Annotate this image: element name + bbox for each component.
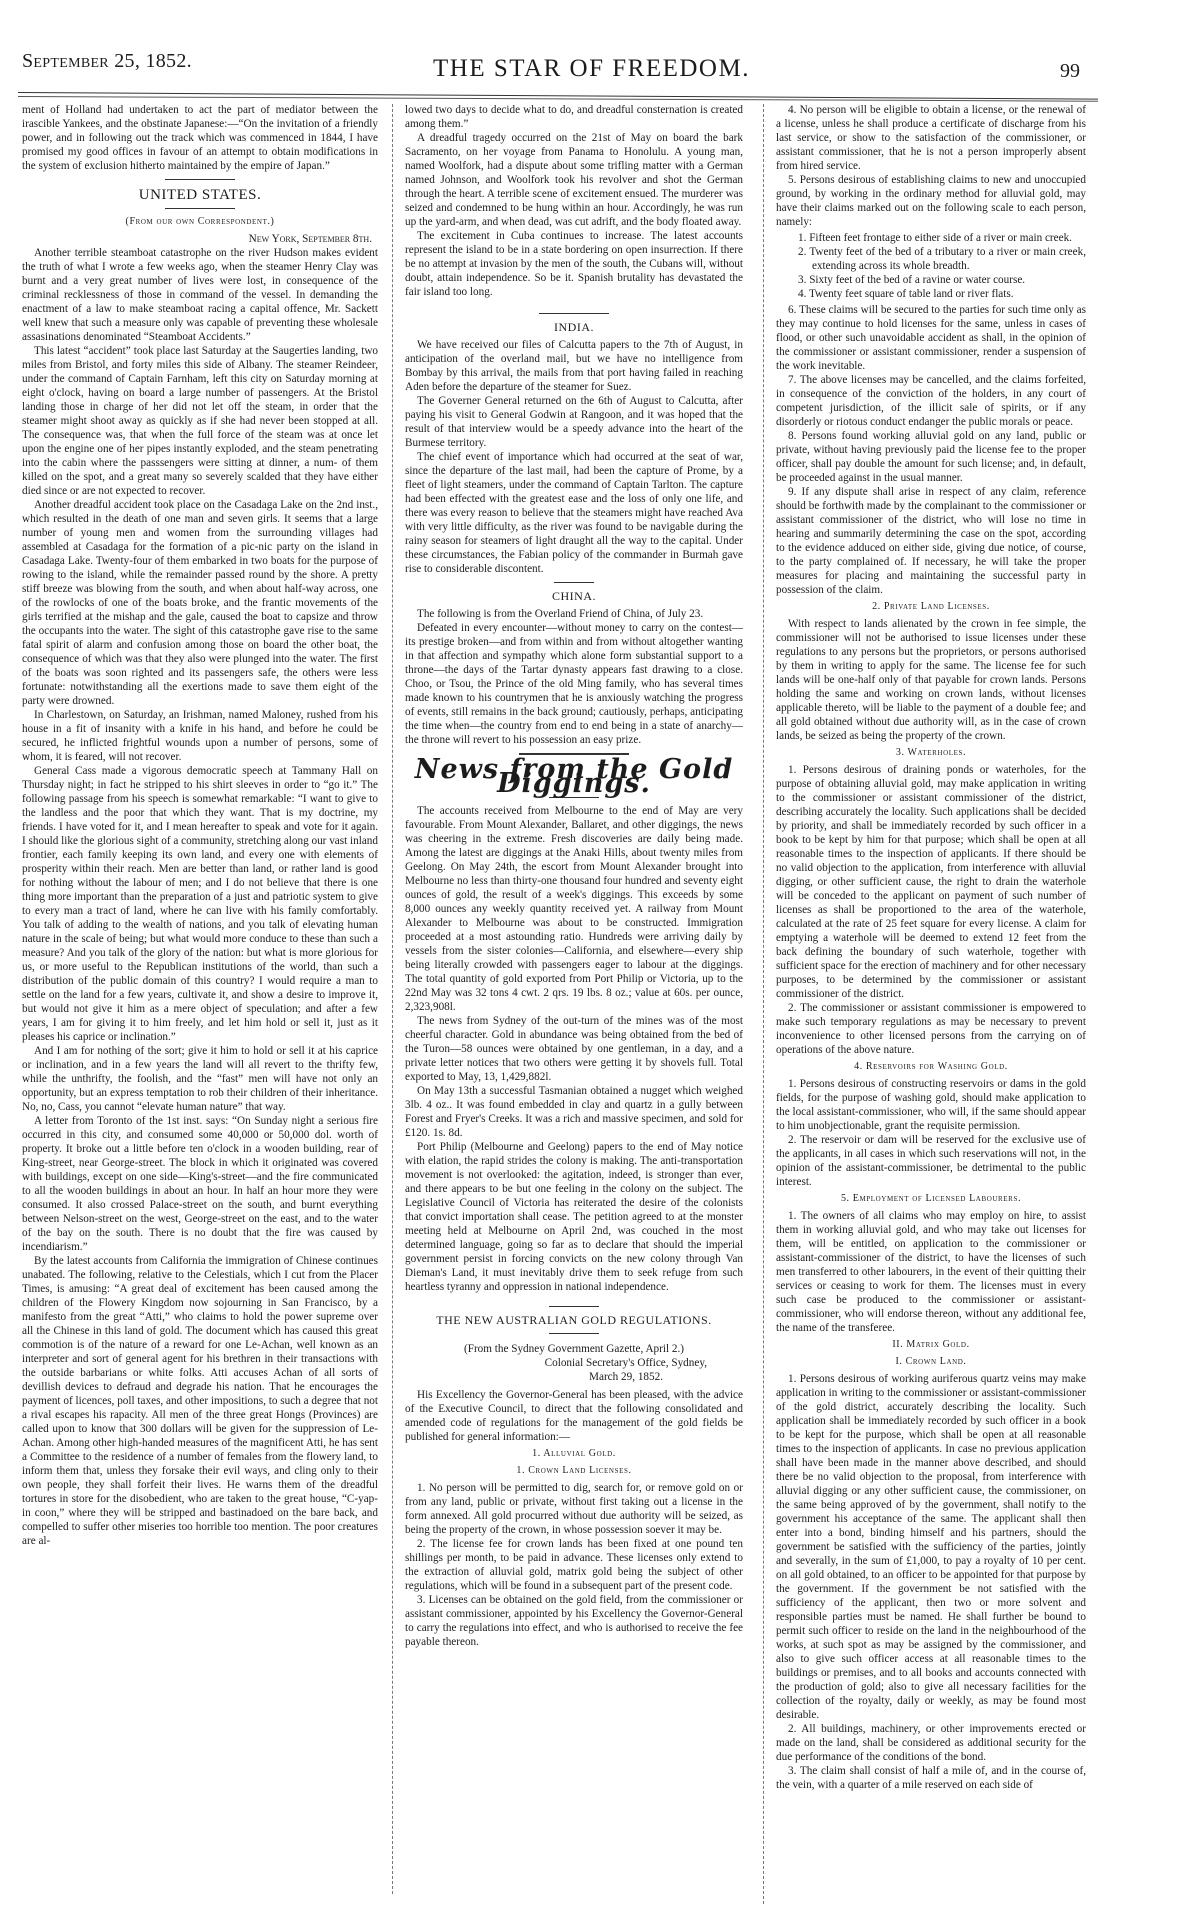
subsection-heading: 3. Waterholes. (776, 746, 1086, 760)
paragraph: lowed two days to decide what to do, and… (405, 103, 743, 131)
section-heading-gold-diggings: News from the Gold Diggings. (405, 763, 743, 791)
regulation-item: 9. If any dispute shall arise in respect… (776, 485, 1086, 597)
subsection-heading: II. Matrix Gold. (776, 1338, 1086, 1352)
paragraph: Defeated in every encounter—without mone… (405, 621, 743, 747)
paragraph: The following is from the Overland Frien… (405, 607, 743, 621)
regulations-source: (From the Sydney Government Gazette, Apr… (405, 1342, 743, 1356)
regulation-item: 2. The commissioner or assistant commiss… (776, 1001, 1086, 1057)
section-heading-gold-regulations: THE NEW AUSTRALIAN GOLD REGULATIONS. (405, 1313, 743, 1327)
regulation-item: 2. The license fee for crown lands has b… (405, 1537, 743, 1593)
column-2: lowed two days to decide what to do, and… (405, 103, 743, 1649)
paragraph: The Governer General returned on the 6th… (405, 394, 743, 450)
regulation-item: 1. Persons desirous of constructing rese… (776, 1077, 1086, 1133)
subsection-heading: 1. Alluvial Gold. (405, 1447, 743, 1461)
paragraph: This latest “accident” took place last S… (22, 344, 378, 498)
regulation-item: 3. The claim shall consist of half a mil… (776, 1764, 1086, 1792)
paragraph: In Charlestown, on Saturday, an Irishman… (22, 708, 378, 764)
regulation-item: With respect to lands alienated by the c… (776, 617, 1086, 743)
list-item: 2. Twenty feet of the bed of a tributary… (798, 245, 1086, 273)
column-3: 4. No person will be eligible to obtain … (776, 103, 1086, 1792)
section-divider (549, 1333, 599, 1334)
section-heading-china: CHINA. (405, 589, 743, 603)
paragraph: Another dreadful accident took place on … (22, 498, 378, 708)
regulation-item: 1. Persons desirous of draining ponds or… (776, 763, 1086, 1001)
page-number: 99 (1060, 60, 1080, 83)
subsection-heading: I. Crown Land. (776, 1355, 1086, 1369)
regulation-item: 4. No person will be eligible to obtain … (776, 103, 1086, 173)
paragraph: We have received our files of Calcutta p… (405, 338, 743, 394)
byline: (From our own Correspondent.) (22, 215, 378, 229)
claim-scale-list: 1. Fifteen feet frontage to either side … (798, 231, 1086, 301)
column-divider (763, 104, 764, 1904)
section-divider (165, 208, 235, 209)
regulation-item: 1. Persons desirous of working auriferou… (776, 1372, 1086, 1722)
regulation-item: 2. The reservoir or dam will be reserved… (776, 1133, 1086, 1189)
section-heading-india: INDIA. (405, 320, 743, 334)
paragraph: The news from Sydney of the out-turn of … (405, 1014, 743, 1084)
regulation-item: 1. No person will be permitted to dig, s… (405, 1481, 743, 1537)
subsection-heading: 4. Reservoirs for Washing Gold. (776, 1060, 1086, 1074)
regulation-item: 8. Persons found working alluvial gold o… (776, 429, 1086, 485)
section-divider (165, 179, 235, 180)
subsection-heading: 5. Employment of Licensed Labourers. (776, 1192, 1086, 1206)
article-continuation: ment of Holland had undertaken to act th… (22, 103, 378, 173)
paragraph: The chief event of importance which had … (405, 450, 743, 576)
regulations-office: Colonial Secretary's Office, Sydney, (405, 1356, 743, 1370)
column-1: ment of Holland had undertaken to act th… (22, 103, 378, 1548)
section-divider (554, 582, 594, 583)
list-item: 1. Fifteen feet frontage to either side … (798, 231, 1086, 245)
paragraph: A dreadful tragedy occurred on the 21st … (405, 131, 743, 229)
dateline: New York, September 8th. (22, 232, 378, 246)
regulation-item: 7. The above licenses may be cancelled, … (776, 373, 1086, 429)
paragraph: A letter from Toronto of the 1st inst. s… (22, 1114, 378, 1254)
regulation-item: 3. Licenses can be obtained on the gold … (405, 1593, 743, 1649)
masthead: September 25, 1852. THE STAR OF FREEDOM.… (0, 0, 1183, 100)
regulation-item: 6. These claims will be secured to the p… (776, 303, 1086, 373)
regulation-item: 1. The owners of all claims who may empl… (776, 1209, 1086, 1335)
paragraph: On May 13th a successful Tasmanian obtai… (405, 1084, 743, 1140)
subsection-heading: 1. Crown Land Licenses. (405, 1464, 743, 1478)
newspaper-title: THE STAR OF FREEDOM. (0, 55, 1183, 83)
paragraph: His Excellency the Governor-General has … (405, 1388, 743, 1444)
paragraph: The accounts received from Melbourne to … (405, 804, 743, 1014)
section-heading-united-states: UNITED STATES. (22, 188, 378, 202)
paragraph: And I am for nothing of the sort; give i… (22, 1044, 378, 1114)
section-divider (539, 313, 609, 314)
subsection-heading: 2. Private Land Licenses. (776, 600, 1086, 614)
paragraph: By the latest accounts from California t… (22, 1254, 378, 1548)
regulations-date: March 29, 1852. (405, 1370, 743, 1384)
list-item: 4. Twenty feet square of table land or r… (798, 287, 1086, 301)
section-divider (549, 1306, 599, 1307)
regulation-item: 5. Persons desirous of establishing clai… (776, 173, 1086, 229)
column-divider (392, 104, 393, 1894)
paragraph: The excitement in Cuba continues to incr… (405, 229, 743, 299)
list-item: 3. Sixty feet of the bed of a ravine or … (798, 273, 1086, 287)
paragraph: General Cass made a vigorous democratic … (22, 764, 378, 1044)
paragraph: Another terrible steamboat catastrophe o… (22, 246, 378, 344)
regulation-item: 2. All buildings, machinery, or other im… (776, 1722, 1086, 1764)
paragraph: Port Philip (Melbourne and Geelong) pape… (405, 1140, 743, 1294)
